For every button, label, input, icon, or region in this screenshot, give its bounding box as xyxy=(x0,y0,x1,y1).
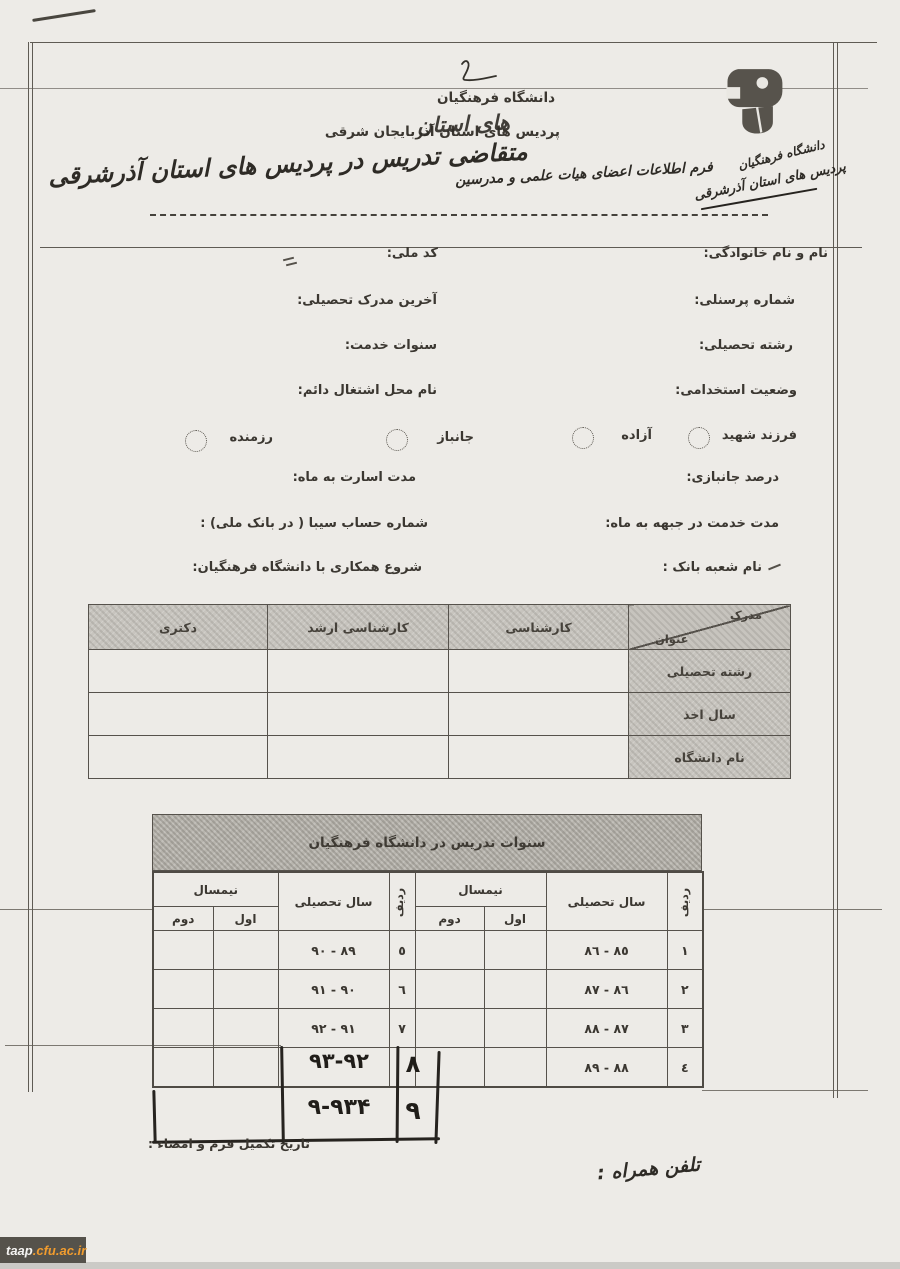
field-label-bank-branch: نام شعبه بانک : xyxy=(663,560,762,575)
empty-cell xyxy=(213,1048,278,1088)
date-signature-label: تاریخ تکمیل فرم و امضاء : xyxy=(148,1136,310,1151)
empty-cell xyxy=(415,931,484,970)
empty-cell xyxy=(449,693,629,736)
empty-cell xyxy=(484,1048,546,1088)
campus-overwrite-handwriting: های استان xyxy=(417,110,511,137)
empty-cell xyxy=(89,650,268,693)
hand-border-vertical-left xyxy=(152,1090,156,1142)
field-label-cooperation-start: شروع همکاری با دانشگاه فرهنگیان: xyxy=(192,560,422,575)
degrees-corner-cell: مدرک عنوان xyxy=(629,605,791,650)
empty-cell xyxy=(484,970,546,1009)
dashed-separator xyxy=(150,214,768,216)
row-no: ٤ xyxy=(667,1048,703,1088)
status-option-label-freed-pow: آزاده xyxy=(621,428,652,443)
teaching-header-row-1: ردیف سال تحصیلی نیمسال ردیف سال تحصیلی ن… xyxy=(153,872,703,907)
teaching-row-3: ٣ ٨٧ - ٨٨ ٧ ٩١ - ٩٢ xyxy=(153,1009,703,1048)
mobile-phone-handwriting: تلفن همراه : xyxy=(596,1154,701,1185)
combatant-circle xyxy=(185,430,207,452)
degrees-row-university: نام دانشگاه xyxy=(89,736,791,779)
pen-scratch-mark xyxy=(32,9,96,22)
col-header-semester-left: نیمسال xyxy=(153,872,278,907)
martyr-child-circle xyxy=(688,427,710,449)
year-cell: ٨٥ - ٨٦ xyxy=(546,931,667,970)
empty-cell xyxy=(213,970,278,1009)
degrees-table: مدرک عنوان کارشناسی کارشناسی ارشد دکتری … xyxy=(88,604,791,779)
hand-row8-number: ٨ xyxy=(398,1050,428,1078)
field-label-disability-percent: درصد جانبازی: xyxy=(686,470,779,485)
degrees-col-phd: دکتری xyxy=(89,605,268,650)
subcol-second-right: دوم xyxy=(415,907,484,931)
degrees-col-master: کارشناسی ارشد xyxy=(268,605,449,650)
empty-cell xyxy=(213,931,278,970)
empty-cell xyxy=(153,1048,213,1088)
veteran-circle xyxy=(386,429,408,451)
field-label-permanent-workplace: نام محل اشتغال دائم: xyxy=(298,383,437,398)
subcol-second-left: دوم xyxy=(153,907,213,931)
subcol-first-left: اول xyxy=(213,907,278,931)
watermark-badge: taap.cfu.ac.ir xyxy=(0,1237,86,1263)
status-option-label-combatant: رزمنده xyxy=(229,430,273,445)
field-label-service-years: سنوات خدمت: xyxy=(345,338,437,353)
field-label-front-service-months: مدت خدمت در جبهه به ماه: xyxy=(605,516,779,531)
empty-cell xyxy=(449,650,629,693)
degrees-header-row: مدرک عنوان کارشناسی کارشناسی ارشد دکتری xyxy=(89,605,791,650)
degrees-rowlabel-year: سال اخذ xyxy=(629,693,791,736)
status-option-label-martyr-child: فرزند شهید xyxy=(722,428,797,443)
teaching-table-title: سنوات تدریس در دانشگاه فرهنگیان xyxy=(152,814,702,871)
col-header-row-number-left: ردیف xyxy=(389,872,415,931)
field-label-siba-account: شماره حساب سیبا ( در بانک ملی) : xyxy=(200,516,428,531)
empty-cell xyxy=(153,1009,213,1048)
hand-row9-year: ٩٣-٩۴ xyxy=(285,1095,393,1120)
field-label-employment-status: وضعیت استخدامی: xyxy=(675,383,797,398)
empty-cell xyxy=(449,736,629,779)
corner-label-degree: مدرک xyxy=(730,608,762,622)
field-label-national-code: کد ملی: xyxy=(387,246,438,261)
frame-left-line-outer xyxy=(28,42,29,1092)
pen-mark-small-1 xyxy=(283,257,294,262)
scanned-form-page: دانشگاه فرهنگیان پردیس های استان آذربایج… xyxy=(0,0,900,1269)
row-no: ٧ xyxy=(389,1009,415,1048)
subcol-first-right: اول xyxy=(484,907,546,931)
field-label-study-field: رشته تحصیلی: xyxy=(699,338,793,353)
hand-border-vertical-2 xyxy=(396,1046,399,1143)
frame-right-line-inner xyxy=(833,42,834,1098)
teaching-row-4: ٤ ٨٨ - ٨٩ xyxy=(153,1048,703,1088)
pen-mark-small-2 xyxy=(286,262,297,267)
field-label-last-degree: آخرین مدرک تحصیلی: xyxy=(297,293,437,308)
row-no: ٥ xyxy=(389,931,415,970)
year-cell: ٨٨ - ٨٩ xyxy=(546,1048,667,1088)
degrees-col-bachelor: کارشناسی xyxy=(449,605,629,650)
empty-cell xyxy=(268,693,449,736)
field-label-captivity-months: مدت اسارت به ماه: xyxy=(293,470,416,485)
empty-cell xyxy=(213,1009,278,1048)
field-label-personnel-number: شماره پرسنلی: xyxy=(694,293,795,308)
bismillah-scribble xyxy=(452,58,500,84)
freed-pow-circle xyxy=(572,427,594,449)
row-no: ٦ xyxy=(389,970,415,1009)
empty-cell xyxy=(484,931,546,970)
col-header-row-number-right: ردیف xyxy=(667,872,703,931)
empty-cell xyxy=(268,650,449,693)
scan-line-bottom-right xyxy=(702,1090,868,1091)
row-no: ١ xyxy=(667,931,703,970)
year-cell: ٩٠ - ٩١ xyxy=(278,970,389,1009)
pen-tick-mark xyxy=(768,564,781,571)
col-header-year-left: سال تحصیلی xyxy=(278,872,389,931)
empty-cell xyxy=(268,736,449,779)
status-option-label-veteran: جانباز xyxy=(437,430,474,445)
year-cell: ٩١ - ٩٢ xyxy=(278,1009,389,1048)
field-label-full-name: نام و نام خانوادگی: xyxy=(703,246,828,261)
empty-cell xyxy=(153,931,213,970)
teaching-table: ردیف سال تحصیلی نیمسال ردیف سال تحصیلی ن… xyxy=(152,871,704,1088)
degrees-row-year: سال اخذ xyxy=(89,693,791,736)
row-no: ٣ xyxy=(667,1009,703,1048)
empty-cell xyxy=(89,736,268,779)
corner-label-title: عنوان xyxy=(655,632,689,646)
university-name: دانشگاه فرهنگیان xyxy=(437,90,555,106)
watermark-prefix: taap xyxy=(6,1243,33,1258)
col-header-year-right: سال تحصیلی xyxy=(546,872,667,931)
frame-top-line xyxy=(30,42,877,43)
teaching-row-1: ١ ٨٥ - ٨٦ ٥ ٨٩ - ٩٠ xyxy=(153,931,703,970)
hand-row8-year: ٩٢-٩٣ xyxy=(285,1049,393,1073)
empty-cell xyxy=(415,970,484,1009)
watermark-domain: .cfu.ac.ir xyxy=(33,1243,86,1258)
year-cell: ٨٦ - ٨٧ xyxy=(546,970,667,1009)
university-logo xyxy=(724,66,788,142)
hand-row9-number: ٩ xyxy=(398,1096,428,1125)
teaching-row-2: ٢ ٨٦ - ٨٧ ٦ ٩٠ - ٩١ xyxy=(153,970,703,1009)
scan-edge-shadow xyxy=(0,1262,900,1269)
empty-cell xyxy=(153,970,213,1009)
frame-left-line-inner xyxy=(32,42,33,1092)
empty-cell xyxy=(89,693,268,736)
row-no: ٢ xyxy=(667,970,703,1009)
col-header-semester-right: نیمسال xyxy=(415,872,546,907)
empty-cell xyxy=(415,1009,484,1048)
frame-right-line-outer xyxy=(837,42,838,1098)
degrees-rowlabel-university: نام دانشگاه xyxy=(629,736,791,779)
year-cell: ٨٩ - ٩٠ xyxy=(278,931,389,970)
degrees-rowlabel-field: رشته تحصیلی xyxy=(629,650,791,693)
empty-cell xyxy=(484,1009,546,1048)
degrees-row-field: رشته تحصیلی xyxy=(89,650,791,693)
year-cell: ٨٧ - ٨٨ xyxy=(546,1009,667,1048)
